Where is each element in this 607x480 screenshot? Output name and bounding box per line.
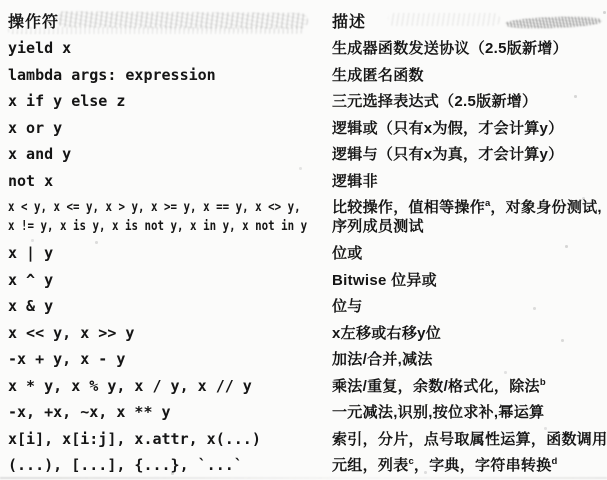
table-row: x < y, x <= y, x > y, x >= y, x == y, x … bbox=[0, 195, 607, 241]
table-row: x and y逻辑与（只有x为真，才会计算y） bbox=[0, 142, 607, 169]
table-row: lambda args: expression生成匿名函数 bbox=[0, 63, 607, 90]
operator-cell: not x bbox=[8, 173, 332, 196]
operator-cell: x << y, x >> y bbox=[8, 325, 332, 348]
operator-precedence-table: 操作符 描述 yield x生成器函数发送协议（2.5版新增）lambda ar… bbox=[0, 0, 607, 480]
description-cell: 索引，分片，点号取属性运算，函数调用 bbox=[332, 431, 607, 454]
operator-cell: (...), [...], {...}, `...` bbox=[8, 457, 332, 480]
description-cell: 生成匿名函数 bbox=[332, 67, 607, 90]
table-row: x ^ yBitwise 位异或 bbox=[0, 268, 607, 295]
description-cell: 加法/合并,减法 bbox=[332, 351, 607, 374]
table-row: x | y位或 bbox=[0, 241, 607, 268]
table-row: x << y, x >> yx左移或右移y位 bbox=[0, 321, 607, 348]
description-cell: 一元减法,识别,按位求补,幂运算 bbox=[332, 404, 607, 427]
description-cell: 位或 bbox=[332, 245, 607, 268]
table-row: -x + y, x - y加法/合并,减法 bbox=[0, 347, 607, 374]
description-cell: 三元选择表达式（2.5版新增） bbox=[332, 93, 607, 116]
operator-cell: x < y, x <= y, x > y, x >= y, x == y, x … bbox=[8, 198, 335, 241]
table-row: x * y, x % y, x / y, x // y乘法/重复，余数/格式化，… bbox=[0, 374, 607, 401]
operator-cell: -x + y, x - y bbox=[8, 351, 332, 374]
description-cell: 逻辑非 bbox=[332, 173, 607, 196]
table-row: (...), [...], {...}, `...`元组，列表c，字典，字符串转… bbox=[0, 453, 607, 480]
operator-cell: lambda args: expression bbox=[8, 67, 332, 90]
operator-cell: yield x bbox=[8, 40, 332, 63]
operator-cell: x[i], x[i:j], x.attr, x(...) bbox=[8, 431, 332, 454]
description-cell: 生成器函数发送协议（2.5版新增） bbox=[332, 40, 607, 63]
operator-cell: x | y bbox=[8, 245, 332, 268]
table-row: x[i], x[i:j], x.attr, x(...)索引，分片，点号取属性运… bbox=[0, 427, 607, 454]
table-row: x if y else z三元选择表达式（2.5版新增） bbox=[0, 89, 607, 116]
superscript-footnote-mark: d bbox=[552, 456, 558, 467]
table-row: not x逻辑非 bbox=[0, 169, 607, 196]
superscript-footnote-mark: a bbox=[485, 198, 490, 209]
table-row: yield x生成器函数发送协议（2.5版新增） bbox=[0, 36, 607, 63]
table-row: x or y逻辑或（只有x为假，才会计算y） bbox=[0, 116, 607, 143]
superscript-footnote-mark: c bbox=[409, 456, 414, 467]
description-cell: 乘法/重复，余数/格式化，除法b bbox=[332, 378, 607, 401]
description-cell: 位与 bbox=[332, 298, 607, 321]
operator-cell: x if y else z bbox=[8, 93, 332, 116]
operator-cell: x & y bbox=[8, 298, 332, 321]
operator-cell: x ^ y bbox=[8, 272, 332, 295]
superscript-footnote-mark: b bbox=[540, 377, 546, 388]
operator-cell: -x, +x, ~x, x ** y bbox=[8, 404, 332, 427]
operator-cell: x * y, x % y, x / y, x // y bbox=[8, 378, 332, 401]
header-description-column: 描述 bbox=[332, 9, 607, 36]
table-row: -x, +x, ~x, x ** y一元减法,识别,按位求补,幂运算 bbox=[0, 400, 607, 427]
description-cell: x左移或右移y位 bbox=[332, 325, 607, 348]
scanned-book-page: 操作符 描述 yield x生成器函数发送协议（2.5版新增）lambda ar… bbox=[0, 0, 607, 480]
operator-cell: x or y bbox=[8, 120, 332, 143]
description-cell: Bitwise 位异或 bbox=[332, 272, 607, 295]
description-cell: 比较操作，值相等操作a，对象身份测试,序列成员测试 bbox=[332, 198, 607, 241]
header-operator-column: 操作符 bbox=[8, 9, 332, 36]
table-header-row: 操作符 描述 bbox=[0, 0, 607, 36]
operator-cell: x and y bbox=[8, 146, 332, 169]
table-row: x & y位与 bbox=[0, 294, 607, 321]
table-body: yield x生成器函数发送协议（2.5版新增）lambda args: exp… bbox=[0, 36, 607, 480]
description-cell: 逻辑与（只有x为真，才会计算y） bbox=[332, 146, 607, 169]
description-cell: 元组，列表c，字典，字符串转换d bbox=[332, 457, 607, 480]
description-cell: 逻辑或（只有x为假，才会计算y） bbox=[332, 120, 607, 143]
